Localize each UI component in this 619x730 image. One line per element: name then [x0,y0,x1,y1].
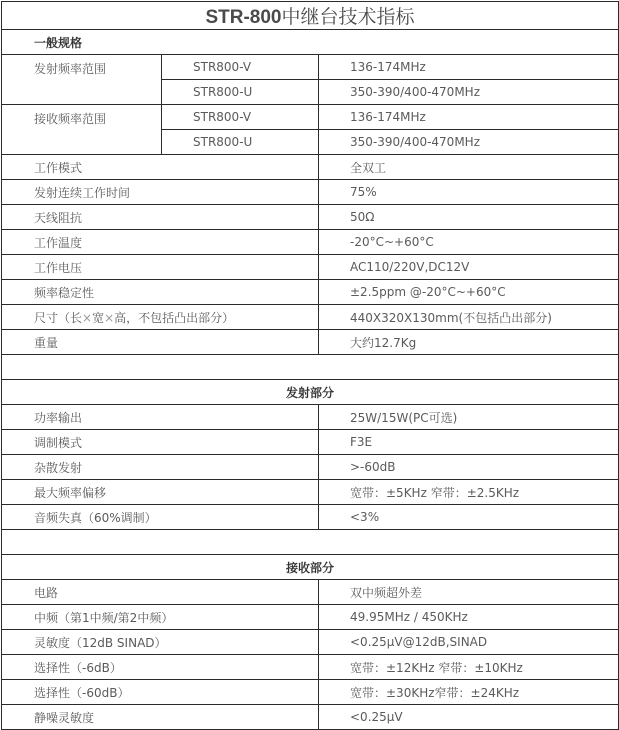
value-cell: 宽带：±5KHz 窄带：±2.5KHz [319,480,619,505]
label-cell: 工作模式 [2,155,319,180]
table-row: 尺寸（长×宽×高，不包括凸出部分） 440X320X130mm(不包括凸出部分) [2,305,619,330]
blank-cell [2,355,619,380]
table-row: 接收频率范围 STR800-V 136-174MHz [2,105,619,130]
model-cell: STR800-U [162,80,319,105]
section-header-row: 一般规格 [2,30,619,55]
value-cell: 50Ω [319,205,619,230]
label-cell: 中频（第1中频/第2中频） [2,605,319,630]
value-cell: <3% [319,505,619,530]
dimension-label-part: 高，不包括凸出部分） [114,311,234,325]
value-cell: >-60dB [319,455,619,480]
table-row: 灵敏度（12dB SINAD） <0.25μV@12dB,SINAD [2,630,619,655]
table-row: 重量 大约12.7Kg [2,330,619,355]
value-cell: 宽带：±30KHz窄带：±24KHz [319,680,619,705]
label-cell: 选择性（-60dB） [2,680,319,705]
table-row: 天线阻抗 50Ω [2,205,619,230]
page-title: STR-800中继台技术指标 [2,2,619,30]
label-cell: 静噪灵敏度 [2,705,319,730]
label-cell: 频率稳定性 [2,280,319,305]
table-row: 工作温度 -20°C~+60°C [2,230,619,255]
table-row: 发射连续工作时间 75% [2,180,619,205]
dimension-label-part: 尺寸（长 [34,311,82,325]
rx-freq-range-label: 接收频率范围 [2,105,162,155]
tx-freq-range-label: 发射频率范围 [2,55,162,105]
blank-cell [2,530,619,555]
table-row: 工作模式 全双工 [2,155,619,180]
table-row: 调制模式 F3E [2,430,619,455]
label-cell: 重量 [2,330,319,355]
label-cell: 最大频率偏移 [2,480,319,505]
table-row: 杂散发射 >-60dB [2,455,619,480]
table-row: 工作电压 AC110/220V,DC12V [2,255,619,280]
value-cell: 全双工 [319,155,619,180]
model-cell: STR800-V [162,55,319,80]
spacer-row [2,530,619,555]
label-cell: 电路 [2,580,319,605]
value-cell: 49.95MHz / 450KHz [319,605,619,630]
value-cell: <0.25μV@12dB,SINAD [319,630,619,655]
value-cell: 双中频超外差 [319,580,619,605]
spacer-row [2,355,619,380]
title-model: STR-800 [205,7,281,28]
table-row: 功率输出 25W/15W(PC可选) [2,405,619,430]
section-header-receive: 接收部分 [2,555,619,580]
value-cell: ±2.5ppm @-20°C~+60°C [319,280,619,305]
value-cell: -20°C~+60°C [319,230,619,255]
label-cell: 灵敏度（12dB SINAD） [2,630,319,655]
value-cell: 350-390/400-470MHz [319,80,619,105]
value-cell: 136-174MHz [319,105,619,130]
spec-table: STR-800中继台技术指标 一般规格 发射频率范围 STR800-V 136-… [1,1,619,730]
dimension-label-part: 宽 [92,311,104,325]
title-row: STR-800中继台技术指标 [2,2,619,30]
label-cell: 工作温度 [2,230,319,255]
table-row: 频率稳定性 ±2.5ppm @-20°C~+60°C [2,280,619,305]
table-row: 选择性（-60dB） 宽带：±30KHz窄带：±24KHz [2,680,619,705]
value-cell: 350-390/400-470MHz [319,130,619,155]
value-cell: 440X320X130mm(不包括凸出部分) [319,305,619,330]
section-header-row: 发射部分 [2,380,619,405]
label-cell: 功率输出 [2,405,319,430]
label-cell: 音频失真（60%调制） [2,505,319,530]
value-cell: 136-174MHz [319,55,619,80]
label-cell: 天线阻抗 [2,205,319,230]
title-suffix: 中继台技术指标 [282,6,415,28]
label-cell: 选择性（-6dB） [2,655,319,680]
value-cell: 25W/15W(PC可选) [319,405,619,430]
model-cell: STR800-V [162,105,319,130]
value-cell: <0.25μV [319,705,619,730]
section-header-transmit: 发射部分 [2,380,619,405]
section-header-row: 接收部分 [2,555,619,580]
label-cell: 工作电压 [2,255,319,280]
table-row: 最大频率偏移 宽带：±5KHz 窄带：±2.5KHz [2,480,619,505]
table-row: 发射频率范围 STR800-V 136-174MHz [2,55,619,80]
dimension-label-cell: 尺寸（长×宽×高，不包括凸出部分） [2,305,319,330]
model-cell: STR800-U [162,130,319,155]
value-cell: 宽带：±12KHz 窄带：±10KHz [319,655,619,680]
table-row: 音频失真（60%调制） <3% [2,505,619,530]
value-cell: F3E [319,430,619,455]
value-cell: 大约12.7Kg [319,330,619,355]
table-row: 电路 双中频超外差 [2,580,619,605]
table-row: 选择性（-6dB） 宽带：±12KHz 窄带：±10KHz [2,655,619,680]
table-row: 中频（第1中频/第2中频） 49.95MHz / 450KHz [2,605,619,630]
value-cell: 75% [319,180,619,205]
multiply-sign: × [82,311,92,325]
label-cell: 发射连续工作时间 [2,180,319,205]
label-cell: 调制模式 [2,430,319,455]
label-cell: 杂散发射 [2,455,319,480]
section-header-general: 一般规格 [2,30,619,55]
multiply-sign: × [104,311,114,325]
value-cell: AC110/220V,DC12V [319,255,619,280]
table-row: 静噪灵敏度 <0.25μV [2,705,619,730]
